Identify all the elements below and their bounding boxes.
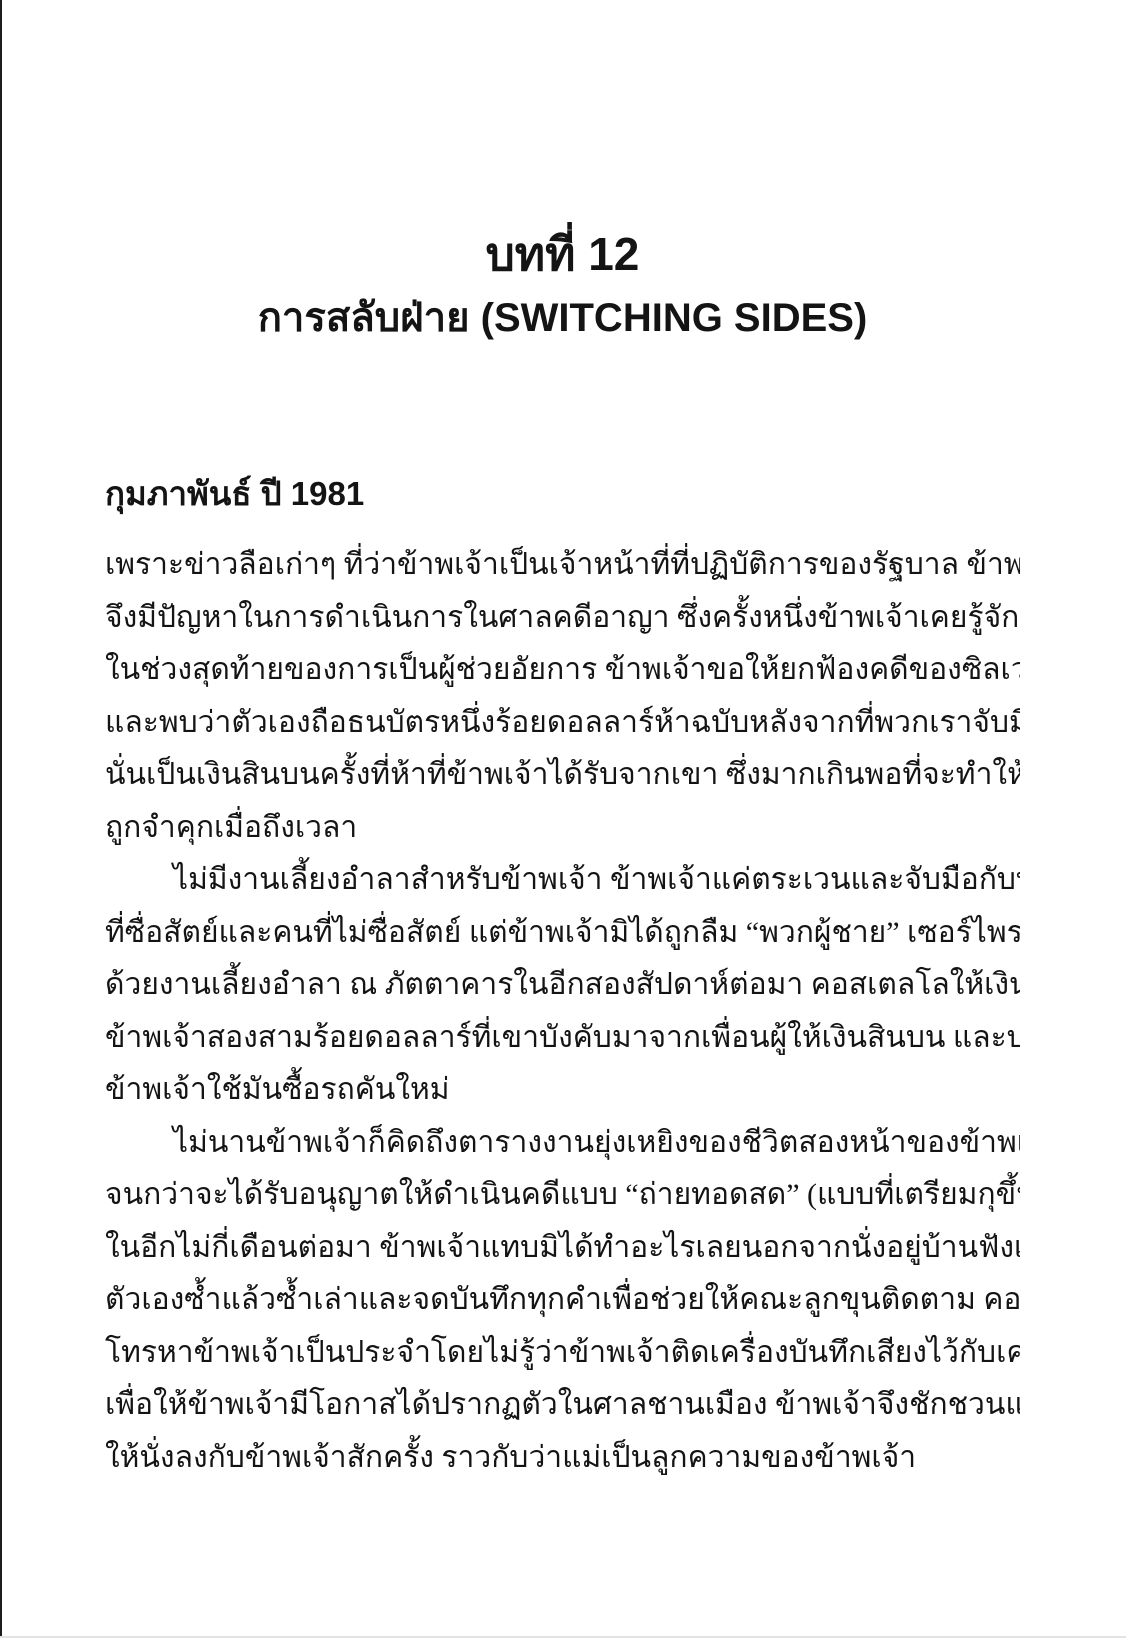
chapter-number: บทที่ 12 bbox=[105, 225, 1020, 283]
text-line: ในช่วงสุดท้ายของการเป็นผู้ช่วยอัยการ ข้า… bbox=[105, 644, 1020, 697]
book-page: บทที่ 12 การสลับฝ่าย (SWITCHING SIDES) ก… bbox=[0, 0, 1126, 1638]
text-line: ในอีกไม่กี่เดือนต่อมา ข้าพเจ้าแทบมิได้ทำ… bbox=[105, 1222, 1020, 1275]
text-line: เพื่อให้ข้าพเจ้ามีโอกาสได้ปรากฏตัวในศาลช… bbox=[105, 1379, 1020, 1432]
text-line: และพบว่าตัวเองถือธนบัตรหนึ่งร้อยดอลลาร์ห… bbox=[105, 697, 1020, 750]
paragraph: ไม่มีงานเลี้ยงอำลาสำหรับข้าพเจ้า ข้าพเจ้… bbox=[105, 854, 1020, 1117]
text-line: ถูกจำคุกเมื่อถึงเวลา bbox=[105, 802, 1020, 855]
body-text: เพราะข่าวลือเก่าๆ ที่ว่าข้าพเจ้าเป็นเจ้า… bbox=[105, 539, 1020, 1484]
text-line: จนกว่าจะได้รับอนุญาตให้ดำเนินคดีแบบ “ถ่า… bbox=[105, 1169, 1020, 1222]
text-line: นั่นเป็นเงินสินบนครั้งที่ห้าที่ข้าพเจ้าไ… bbox=[105, 749, 1020, 802]
text-line: ข้าพเจ้าสองสามร้อยดอลลาร์ที่เขาบังคับมาจ… bbox=[105, 1012, 1020, 1065]
text-line: ตัวเองซ้ำแล้วซ้ำเล่าและจดบันทึกทุกคำเพื่… bbox=[105, 1274, 1020, 1327]
text-line: ไม่นานข้าพเจ้าก็คิดถึงตารางงานยุ่งเหยิงข… bbox=[105, 1117, 1020, 1170]
text-line: ที่ซื่อสัตย์และคนที่ไม่ซื่อสัตย์ แต่ข้าพ… bbox=[105, 907, 1020, 960]
text-line: ข้าพเจ้าใช้มันซื้อรถคันใหม่ bbox=[105, 1064, 1020, 1117]
chapter-title: การสลับฝ่าย (SWITCHING SIDES) bbox=[105, 293, 1020, 343]
text-line: โทรหาข้าพเจ้าเป็นประจำโดยไม่รู้ว่าข้าพเจ… bbox=[105, 1327, 1020, 1380]
text-line: ไม่มีงานเลี้ยงอำลาสำหรับข้าพเจ้า ข้าพเจ้… bbox=[105, 854, 1020, 907]
text-line: เพราะข่าวลือเก่าๆ ที่ว่าข้าพเจ้าเป็นเจ้า… bbox=[105, 539, 1020, 592]
scan-edge-left bbox=[0, 0, 2, 1638]
text-line: จึงมีปัญหาในการดำเนินการในศาลคดีอาญา ซึ่… bbox=[105, 592, 1020, 645]
text-line: ด้วยงานเลี้ยงอำลา ณ ภัตตาคารในอีกสองสัปด… bbox=[105, 959, 1020, 1012]
paragraph: ไม่นานข้าพเจ้าก็คิดถึงตารางงานยุ่งเหยิงข… bbox=[105, 1117, 1020, 1485]
text-line: ให้นั่งลงกับข้าพเจ้าสักครั้ง ราวกับว่าแม… bbox=[105, 1432, 1020, 1485]
paragraph: เพราะข่าวลือเก่าๆ ที่ว่าข้าพเจ้าเป็นเจ้า… bbox=[105, 539, 1020, 854]
section-heading: กุมภาพันธ์ ปี 1981 bbox=[105, 471, 1020, 517]
